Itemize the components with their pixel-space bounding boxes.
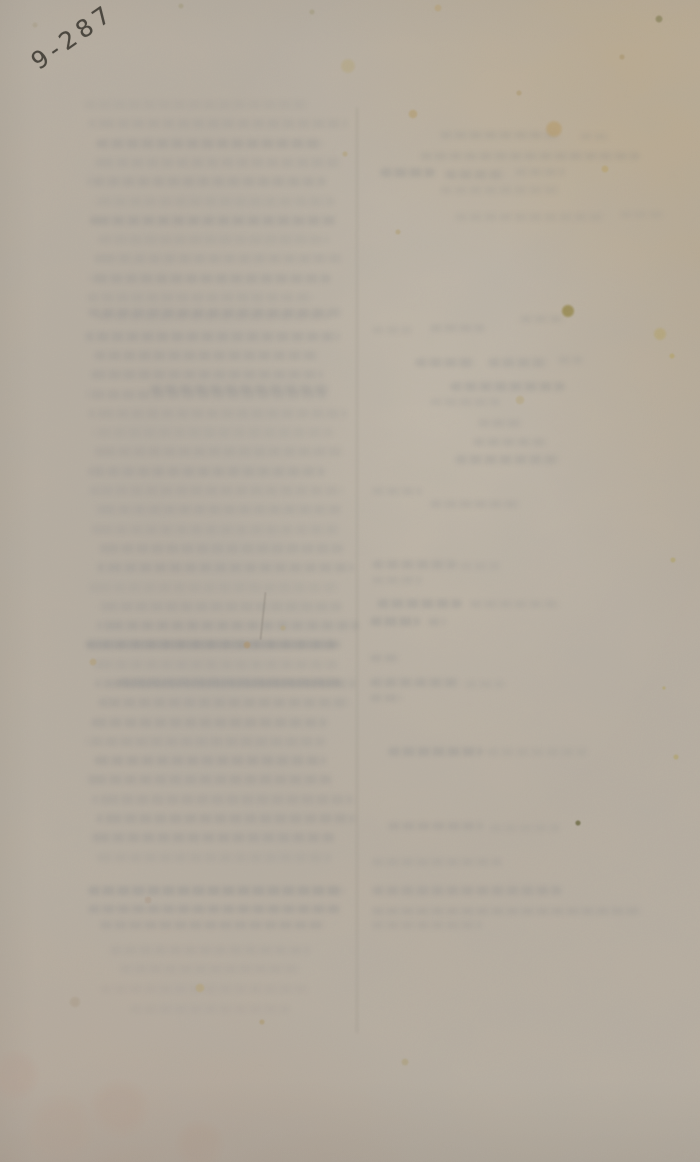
foxing-spot: [408, 109, 418, 119]
bleedthrough-line: [487, 748, 587, 756]
bleedthrough-line: [372, 907, 642, 915]
bleedthrough-line: [450, 382, 565, 391]
bleedthrough-line: [440, 186, 560, 194]
foxing-spot: [670, 557, 676, 563]
bleedthrough-line: [92, 795, 353, 804]
bleedthrough-line: [98, 698, 350, 707]
bleedthrough-line: [118, 678, 340, 687]
bleedthrough-line: [94, 447, 343, 456]
bleedthrough-line: [97, 853, 331, 862]
bleedthrough-line: [88, 308, 343, 317]
bleedthrough-line: [85, 332, 340, 341]
bleedthrough-line: [473, 438, 548, 446]
bleedthrough-line: [84, 100, 309, 109]
bleedthrough-line: [87, 177, 326, 186]
foxing-spot: [545, 120, 563, 138]
bleedthrough-line: [372, 560, 457, 569]
bleedthrough-line: [98, 602, 342, 611]
book-page: 9-287: [0, 0, 700, 1162]
bleedthrough-line: [558, 356, 583, 364]
bleedthrough-line: [455, 455, 560, 464]
bleedthrough-line: [94, 756, 326, 765]
bleedthrough-line: [490, 824, 560, 832]
bleedthrough-line: [93, 197, 335, 206]
bleedthrough-line: [440, 131, 560, 139]
bleedthrough-line: [91, 370, 323, 379]
bleedthrough-line: [377, 599, 462, 608]
bleedthrough-line: [94, 254, 344, 263]
foxing-spot: [673, 754, 679, 760]
bleedthrough-line: [96, 139, 323, 148]
bleedthrough-line: [370, 678, 460, 687]
bleedthrough-line: [470, 600, 560, 608]
bleedthrough-line: [86, 775, 332, 784]
foxing-spot: [89, 658, 97, 666]
bleedthrough-line: [87, 293, 313, 302]
foxing-spot: [516, 90, 522, 96]
bleedthrough-line: [97, 312, 329, 321]
bleedthrough-line: [90, 486, 343, 495]
bleedthrough-line: [370, 617, 420, 626]
bleedthrough-line: [88, 467, 325, 476]
bleedthrough-line: [94, 351, 319, 360]
bleedthrough-line: [94, 158, 340, 167]
bleedthrough-line: [89, 119, 348, 128]
bleedthrough-line: [478, 419, 523, 427]
foxing-spot: [575, 820, 581, 826]
bleedthrough-line: [91, 525, 340, 534]
bleedthrough-layer: [0, 0, 700, 1162]
bleedthrough-line: [388, 747, 483, 756]
foxing-spot: [259, 1019, 265, 1025]
bleedthrough-line: [85, 737, 325, 746]
bleedthrough-line: [98, 235, 329, 244]
bleedthrough-line: [445, 170, 505, 179]
bleedthrough-line: [372, 487, 422, 495]
foxing-spot: [669, 353, 675, 359]
foxing-spot: [662, 686, 666, 690]
bleedthrough-line: [372, 858, 502, 866]
bleedthrough-line: [96, 505, 342, 514]
bleedthrough-line: [89, 216, 337, 225]
bleedthrough-line: [372, 576, 422, 584]
foxing-spot: [25, 1095, 95, 1162]
bleedthrough-line: [86, 390, 327, 399]
foxing-spot: [69, 996, 81, 1008]
bleedthrough-line: [388, 822, 483, 830]
bleedthrough-line: [370, 694, 402, 702]
foxing-spot: [340, 58, 356, 74]
bleedthrough-line: [430, 500, 520, 508]
bleedthrough-line: [88, 886, 344, 895]
bleedthrough-line: [98, 544, 344, 553]
foxing-spot: [401, 1058, 409, 1066]
bleedthrough-line: [430, 398, 500, 406]
bleedthrough-line: [460, 562, 500, 570]
bleedthrough-line: [120, 965, 300, 973]
foxing-spot: [515, 395, 525, 405]
foxing-spot: [144, 896, 152, 904]
bleedthrough-line: [88, 905, 340, 913]
foxing-spot: [32, 22, 38, 28]
bleedthrough-line: [97, 621, 359, 630]
bleedthrough-line: [428, 618, 446, 626]
bleedthrough-line: [372, 326, 412, 334]
paper-grain-texture: [0, 0, 700, 1162]
bleedthrough-line: [515, 168, 565, 176]
bleedthrough-line: [430, 324, 485, 332]
bleedthrough-line: [95, 679, 356, 688]
bleedthrough-line: [488, 358, 548, 367]
bleedthrough-line: [90, 833, 335, 842]
foxing-spot: [178, 3, 184, 9]
bleedthrough-line: [97, 563, 354, 572]
foxing-spot: [655, 15, 663, 23]
foxing-spot: [395, 229, 401, 235]
foxing-spot: [619, 54, 625, 60]
bleedthrough-line: [89, 583, 339, 592]
bleedthrough-line: [372, 921, 482, 929]
foxing-spot: [561, 304, 575, 318]
foxing-spot: [653, 327, 667, 341]
bleedthrough-line: [88, 409, 347, 418]
bleedthrough-line: [92, 660, 338, 669]
foxing-spot: [280, 625, 286, 631]
bleedthrough-line: [415, 358, 475, 367]
bleedthrough-line: [92, 428, 333, 437]
bleedthrough-line: [372, 886, 562, 895]
bleedthrough-line: [465, 680, 505, 688]
foxing-spot: [195, 983, 205, 993]
foxing-spot: [434, 4, 442, 12]
bleedthrough-line: [85, 640, 341, 649]
bleedthrough-line: [455, 213, 605, 221]
scratch-mark: [259, 592, 266, 640]
foxing-spots-layer: [0, 0, 700, 1162]
bleedthrough-line: [88, 640, 338, 649]
foxing-spot: [0, 1050, 40, 1100]
bleedthrough-line: [380, 168, 435, 177]
handwritten-catalog-number: 9-287: [26, 0, 120, 75]
foxing-spot: [309, 9, 315, 15]
foxing-spot: [601, 165, 609, 173]
bleedthrough-line: [89, 274, 331, 283]
bleedthrough-line: [620, 211, 665, 218]
foxing-spot: [243, 641, 251, 649]
foxing-spot: [175, 1120, 225, 1162]
foxing-spot: [90, 1078, 150, 1138]
bleedthrough-line: [100, 921, 325, 929]
bleedthrough-line: [91, 718, 327, 727]
column-divider-showthrough: [356, 108, 358, 1033]
foxing-spot: [342, 151, 348, 157]
bleedthrough-line: [370, 654, 400, 662]
bleedthrough-line: [110, 946, 310, 954]
bleedthrough-line: [420, 152, 640, 160]
bleedthrough-line: [96, 814, 355, 823]
bleedthrough-line: [100, 985, 310, 993]
bleedthrough-line: [520, 315, 565, 323]
bleedthrough-line: [130, 1005, 290, 1013]
bleedthrough-line: [580, 133, 610, 140]
bleedthrough-line: [150, 384, 330, 393]
